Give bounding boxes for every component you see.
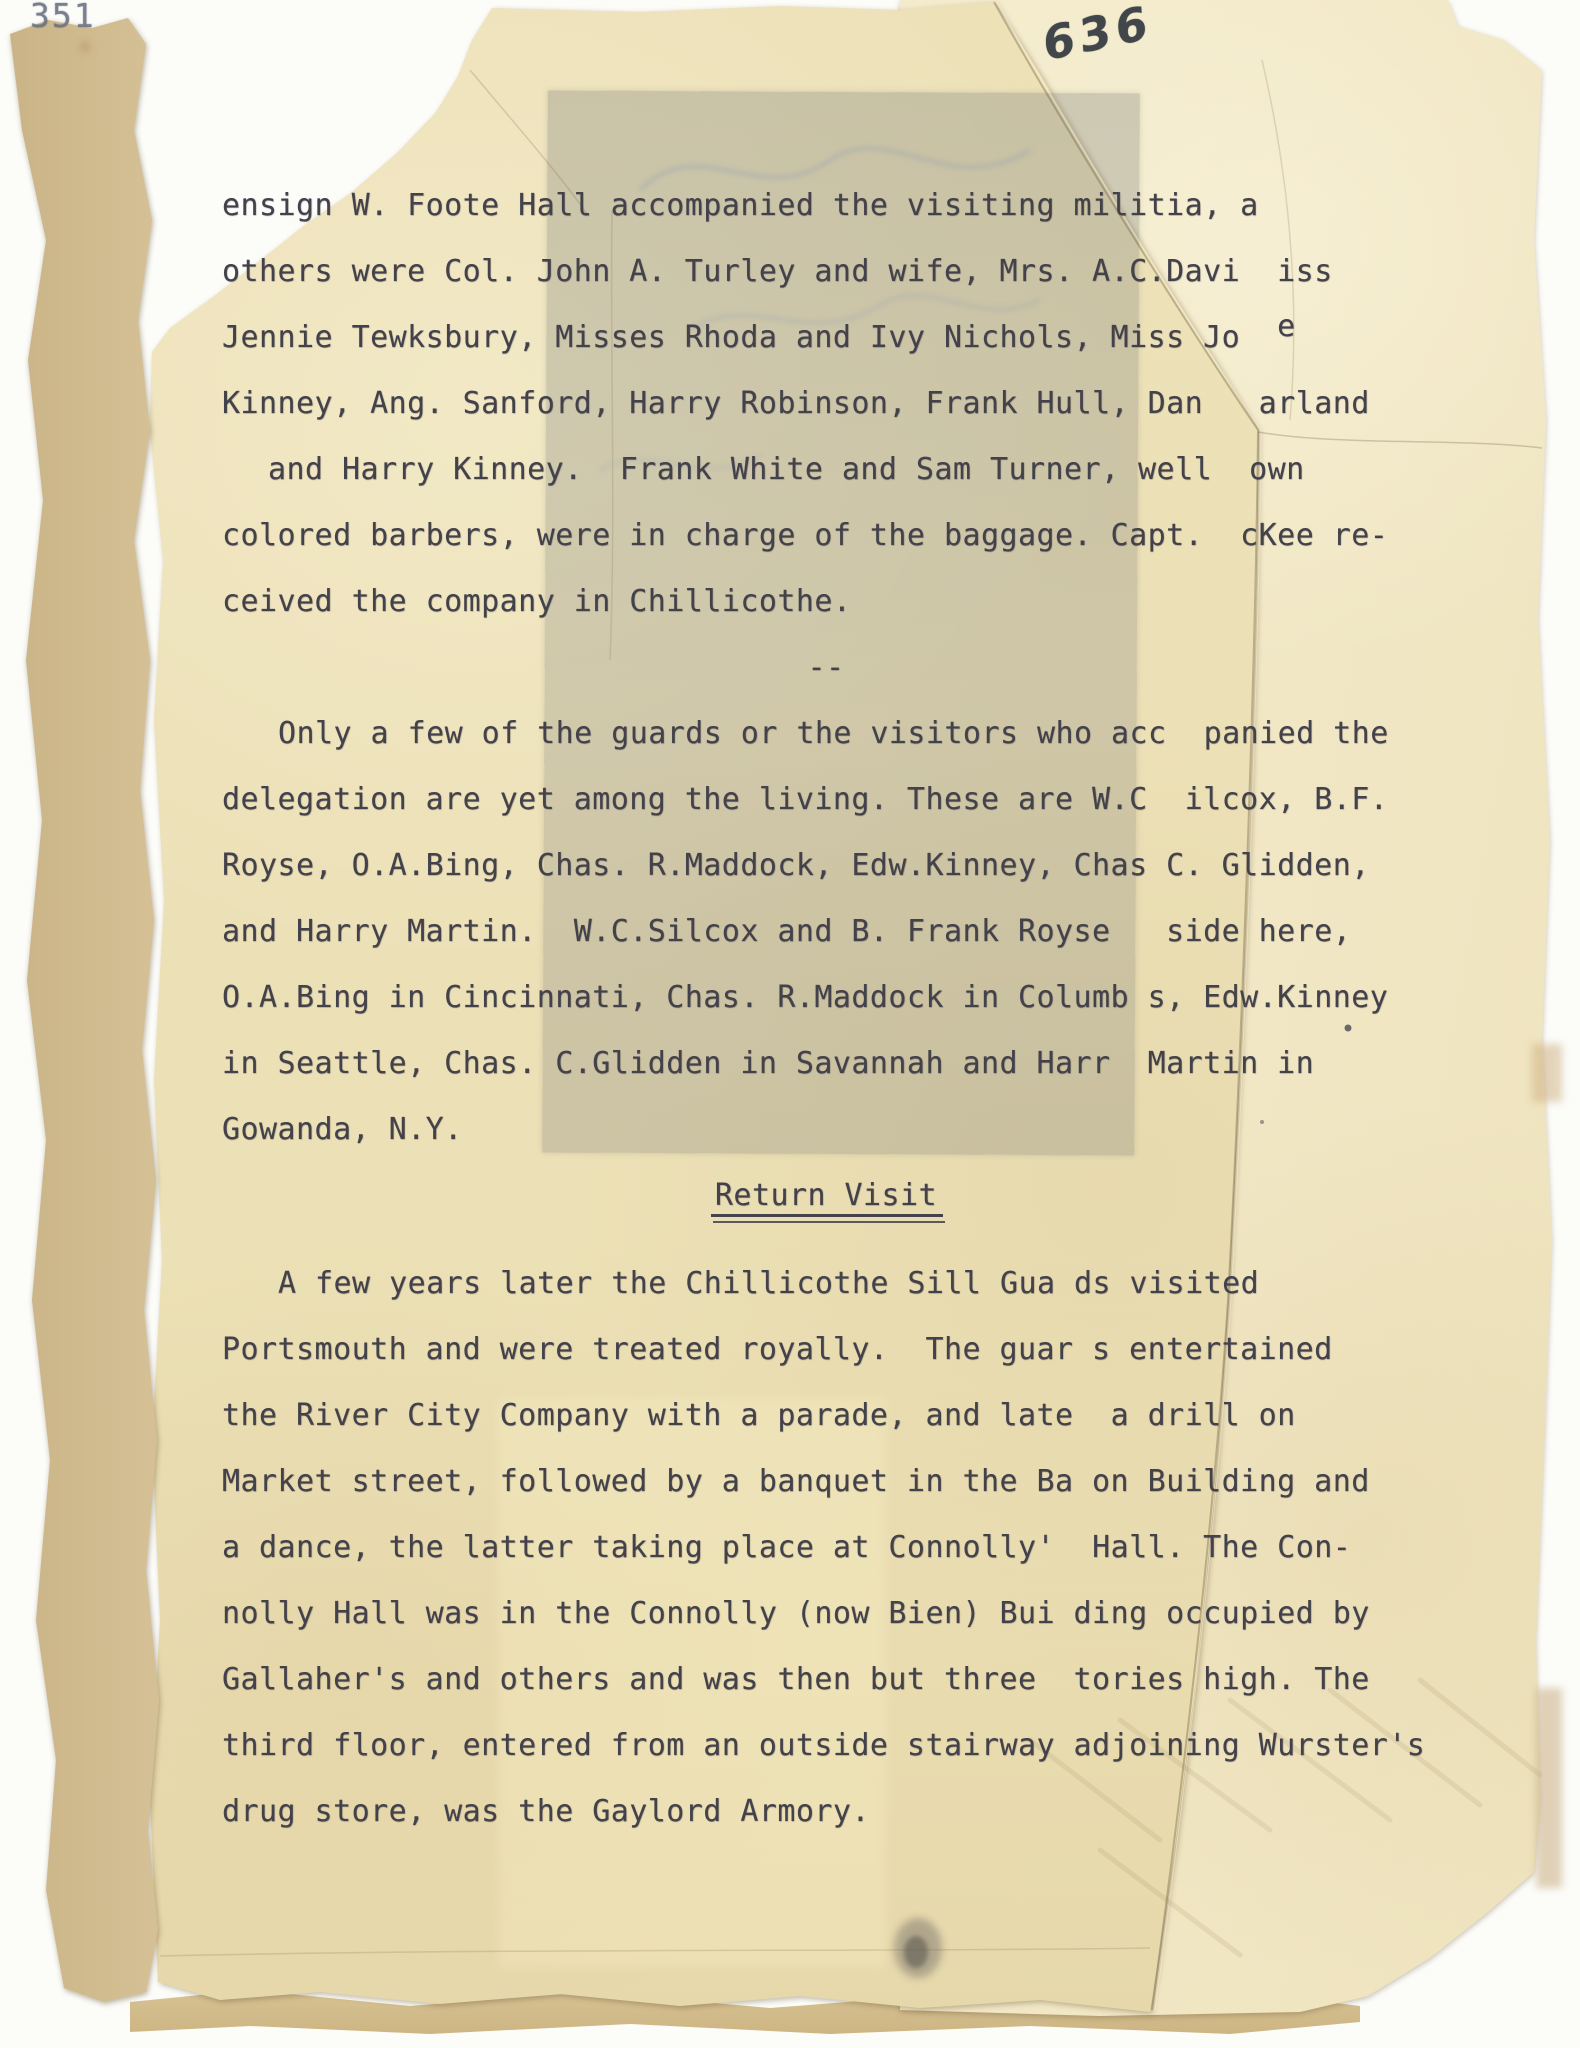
typed-line: -- [0,650,1580,692]
line-fragment: a drill on [1111,1398,1296,1433]
typed-line: a dance, the latter taking place at Conn… [222,1530,1351,1572]
line-fragment: e [1277,309,1296,344]
line-fragment: Martin in [1148,1046,1315,1081]
typed-line: and Harry Kinney. Frank White and Sam Tu… [268,452,1305,494]
line-fragment: adjoining Wurster's [1074,1728,1426,1763]
line-fragment: on Building and [1092,1464,1370,1499]
typed-line: nolly Hall was in the Connolly (now Bien… [222,1596,1370,1638]
typed-line: Royse, O.A.Bing, Chas. R.Maddock, Edw.Ki… [222,848,1370,890]
line-fragment: cKee re- [1240,518,1388,553]
line-fragment: iss [1277,254,1333,289]
typed-line: Only a few of the guards or the visitors… [278,716,1389,758]
line-fragment: Hall. The Con- [1092,1530,1351,1565]
typed-line: the River City Company with a parade, an… [222,1398,1296,1440]
typed-line: and Harry Martin. W.C.Silcox and B. Fran… [222,914,1351,956]
typed-line: Kinney, Ang. Sanford, Harry Robinson, Fr… [222,386,1370,428]
line-fragment: own [1249,452,1305,487]
scanned-document-page: { "page": { "typed_page_number": "351", … [0,0,1580,2048]
typed-line: Portsmouth and were treated royally. The… [222,1332,1333,1374]
line-fragment: s, Edw.Kinney [1148,980,1389,1015]
line-fragment: ilcox, B.F. [1185,782,1389,817]
typed-line: delegation are yet among the living. The… [222,782,1388,824]
typed-line: others were Col. John A. Turley and wife… [222,254,1333,296]
line-fragment: C. Glidden, [1166,848,1370,883]
typed-line: Gowanda, N.Y. [222,1112,463,1154]
line-fragment: tories high. The [1074,1662,1370,1697]
typed-text-block: ensign W. Foote Hall accompanied the vis… [0,0,1580,2048]
typed-line: Gallaher's and others and was then but t… [222,1662,1370,1704]
typed-line: ensign W. Foote Hall accompanied the vis… [222,188,1259,230]
typed-line: drug store, was the Gaylord Armory. [222,1794,870,1836]
typed-line: Jennie Tewksbury, Misses Rhoda and Ivy N… [222,320,1296,362]
typed-line: Market street, followed by a banquet in … [222,1464,1370,1506]
line-fragment: ding occupied by [1074,1596,1370,1631]
typed-line: third floor, entered from an outside sta… [222,1728,1425,1770]
line-fragment: panied the [1204,716,1389,751]
typed-line: A few years later the Chillicothe Sill G… [278,1266,1259,1308]
typed-line: colored barbers, were in charge of the b… [222,518,1388,560]
line-fragment: side here, [1166,914,1351,949]
typed-line: in Seattle, Chas. C.Glidden in Savannah … [222,1046,1314,1088]
typed-line: ceived the company in Chillicothe. [222,584,851,626]
typed-line: O.A.Bing in Cincinnati, Chas. R.Maddock … [222,980,1388,1022]
line-fragment: s entertained [1092,1332,1333,1367]
line-fragment: arland [1259,386,1370,421]
section-heading: Return Visit [0,1178,1580,1220]
line-fragment: ds visited [1074,1266,1259,1301]
typed-page-number: 351 [30,0,96,35]
